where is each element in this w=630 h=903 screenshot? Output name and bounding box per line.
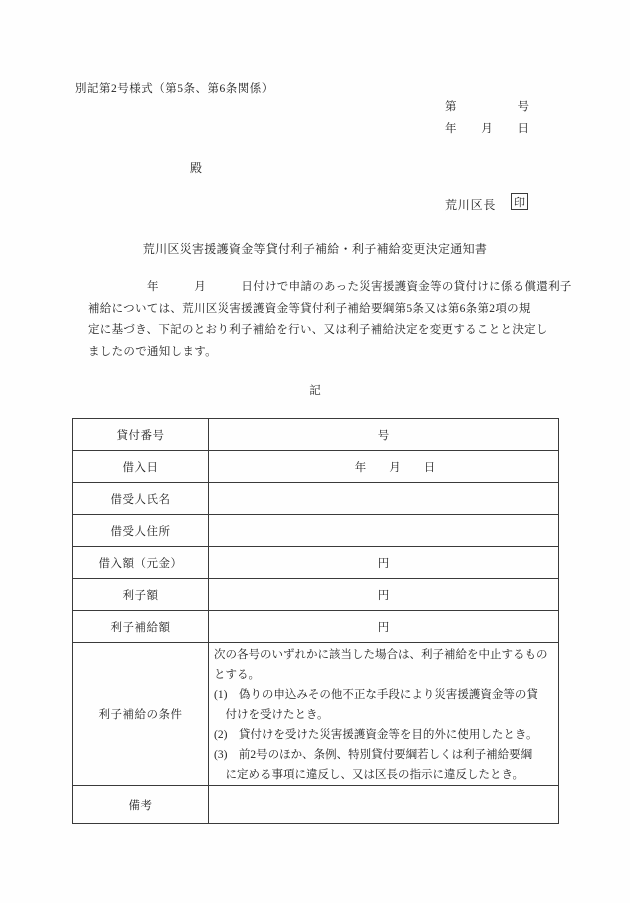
- table-row: 借入日 年 月 日: [73, 451, 559, 483]
- table-row-remarks: 備考: [73, 786, 559, 824]
- table-row: 利子補給額 円: [73, 611, 559, 643]
- addressee-honorific: 殿: [190, 159, 202, 176]
- row-label: 利子補給額: [73, 611, 209, 643]
- row-label: 貸付番号: [73, 419, 209, 451]
- table-row: 利子額 円: [73, 579, 559, 611]
- row-value: [209, 515, 559, 547]
- row-value: 円: [209, 611, 559, 643]
- row-label: 利子補給の条件: [73, 643, 209, 786]
- row-label: 備考: [73, 786, 209, 824]
- row-label: 借受人住所: [73, 515, 209, 547]
- table-row: 借受人住所: [73, 515, 559, 547]
- doc-number-suffix: 号: [518, 98, 530, 114]
- row-label: 借受人氏名: [73, 483, 209, 515]
- details-table: 貸付番号 号 借入日 年 月 日 借受人氏名 借受人住所 借入額（元金） 円 利…: [72, 418, 559, 824]
- row-value: 年 月 日: [209, 451, 559, 483]
- row-label: 利子額: [73, 579, 209, 611]
- row-value: 円: [209, 547, 559, 579]
- row-value: 号: [209, 419, 559, 451]
- date-year-label: 年: [445, 120, 457, 136]
- form-style-note: 別記第2号様式（第5条、第6条関係）: [75, 80, 274, 96]
- date-month-label: 月: [481, 120, 493, 136]
- doc-number-prefix: 第: [445, 98, 457, 114]
- doc-number-line: 第 号: [445, 98, 529, 114]
- document-page: 別記第2号様式（第5条、第6条関係） 第 号 年 月 日 殿 荒川区長 印 荒川…: [0, 0, 630, 903]
- date-line: 年 月 日: [445, 120, 529, 136]
- date-day-label: 日: [518, 120, 530, 136]
- seal-character: 印: [514, 194, 525, 210]
- document-title: 荒川区災害援護資金等貸付利子補給・利子補給変更決定通知書: [0, 240, 630, 257]
- row-label: 借入額（元金）: [73, 547, 209, 579]
- body-paragraph: 年 月 日付けで申請のあった災害援護資金等の貸付けに係る償還利子 補給については…: [88, 277, 558, 363]
- table-row: 借受人氏名: [73, 483, 559, 515]
- record-marker: 記: [0, 382, 630, 398]
- row-value: [209, 483, 559, 515]
- table-row-conditions: 利子補給の条件 次の各号のいずれかに該当した場合は、利子補給を中止するもの とす…: [73, 643, 559, 786]
- table-row: 借入額（元金） 円: [73, 547, 559, 579]
- row-label: 借入日: [73, 451, 209, 483]
- sender-name: 荒川区長: [445, 196, 496, 213]
- row-value: 円: [209, 579, 559, 611]
- table-row: 貸付番号 号: [73, 419, 559, 451]
- row-value-conditions: 次の各号のいずれかに該当した場合は、利子補給を中止するもの とする。 (1) 偽…: [209, 643, 559, 786]
- row-value: [209, 786, 559, 824]
- seal-stamp: 印: [511, 193, 528, 210]
